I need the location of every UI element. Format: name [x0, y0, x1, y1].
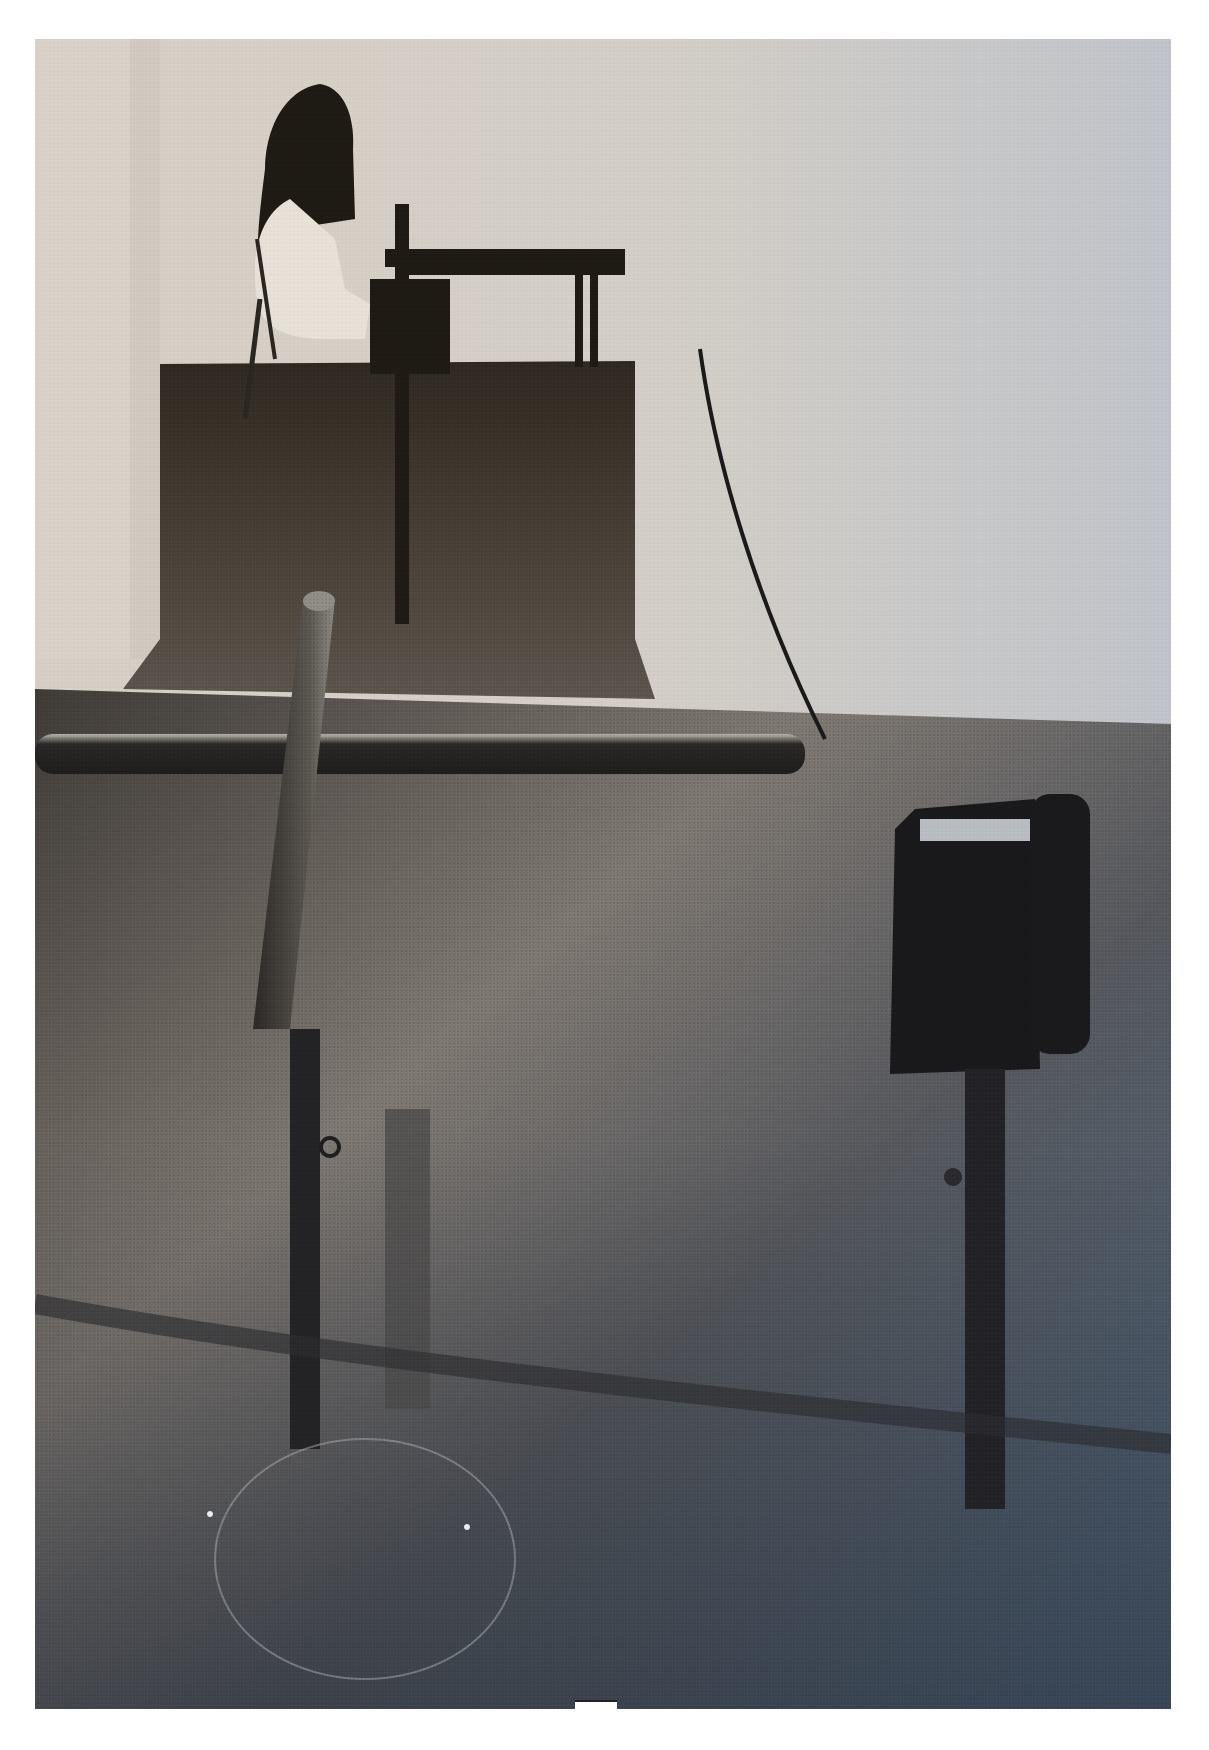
bottom-marker [575, 1700, 617, 1714]
horizontal-bar [35, 734, 805, 774]
photograph [35, 39, 1171, 1709]
installation-scene [35, 39, 1171, 1709]
platform [123, 361, 655, 699]
left-pole [290, 1029, 320, 1449]
